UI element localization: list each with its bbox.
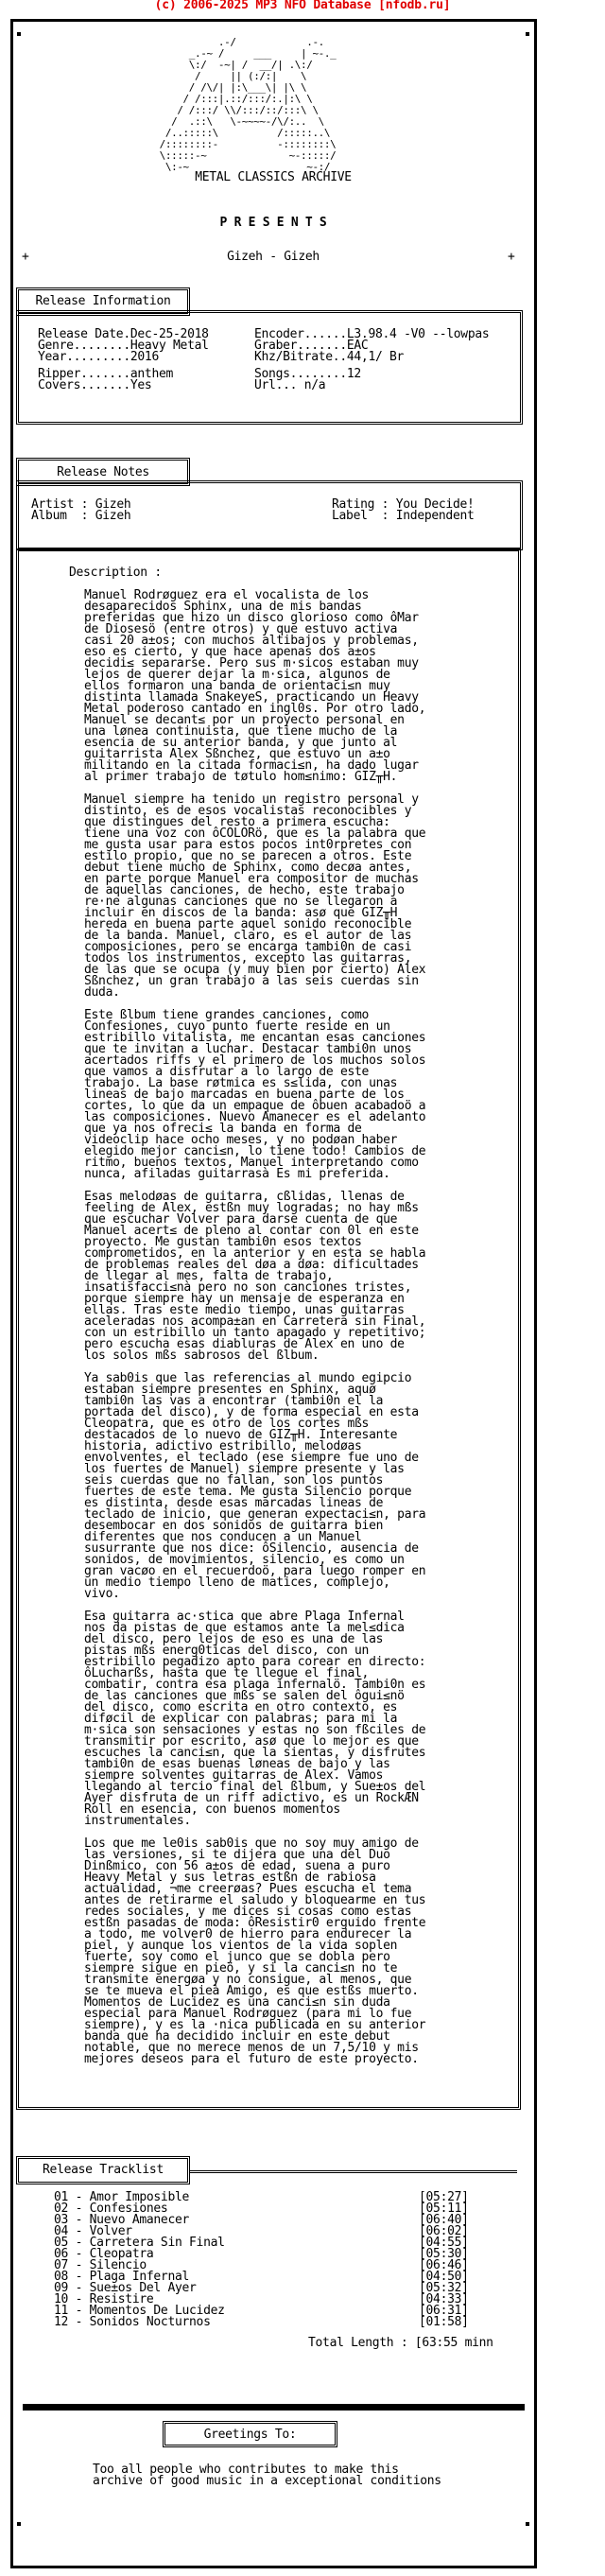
info-field: Year.........2016 (38, 352, 209, 363)
info-field-value: 2016 (130, 350, 159, 364)
info-field-label: Year......... (38, 350, 130, 364)
info-field-label: Url... (254, 378, 297, 392)
description-heading: Description : (69, 567, 162, 579)
track-row: 12 - Sonidos Nocturnos[01:58] (54, 2317, 489, 2328)
release-title: Gizeh - Gizeh (0, 252, 546, 263)
group-name: METAL CLASSICS ARCHIVE (0, 172, 546, 183)
track-list: 01 - Amor Imposible[05:27]02 - Confesion… (54, 2192, 489, 2328)
total-length: Total Length : [63:55 minn (308, 2338, 493, 2349)
description-paragraph: Este ßlbum tiene grandes canciones, como… (84, 1010, 425, 1180)
description-paragraph: Ya sab0is que las referencias al mundo e… (84, 1373, 425, 1600)
track-separator: - (68, 2315, 90, 2329)
corner-mark-bottom-right (526, 2522, 529, 2526)
description-paragraph: Los que me le0is sab0is que no soy muy a… (84, 1838, 425, 2065)
tab-label: Release Tracklist (19, 2165, 187, 2176)
info-field: Url... n/a (254, 380, 489, 392)
presents-heading: P R E S E N T S (0, 218, 546, 229)
album-line: Album : Gizeh (31, 511, 130, 522)
description-paragraph: Manuel Rodrøguez era el vocalista de los… (84, 590, 425, 783)
corner-mark-top-left (17, 32, 21, 36)
tab-label: Release Information (19, 296, 187, 307)
corner-mark-bottom-left (17, 2522, 21, 2526)
tracklist-divider (189, 2170, 517, 2173)
corner-mark-top-right (526, 32, 529, 36)
description-body: Manuel Rodrøguez era el vocalista de los… (84, 590, 425, 2077)
release-info-right-column: Encoder......L3.98.4 -V0 --lowpasGraber.… (254, 329, 489, 392)
greetings-text: Too all people who contributes to make t… (93, 2464, 441, 2487)
greetings-heading: Greetings To: (165, 2429, 335, 2441)
track-length: [01:58] (419, 2317, 469, 2328)
ascii-logo: .-/ .-. _.-~ / ___ | ~-._ \:/ -~| / __/|… (142, 37, 388, 173)
info-field-label: Khz/Bitrate.. (254, 350, 347, 364)
track-number: 12 (54, 2315, 68, 2329)
info-field: Khz/Bitrate..44,1/ Br (254, 352, 489, 363)
greetings-heading-box: Greetings To: (163, 2421, 337, 2447)
tab-label: Release Notes (19, 467, 187, 479)
description-paragraph: Manuel siempre ha tenido un registro per… (84, 794, 425, 999)
info-field-value: 12 (347, 367, 361, 381)
description-paragraph: Esas melodøas de guitarra, cßlidas, llen… (84, 1192, 425, 1362)
section-separator-bar (23, 2404, 525, 2411)
track-title: Sonidos Nocturnos (90, 2315, 211, 2329)
info-field: Covers.......Yes (38, 380, 209, 392)
info-field-value: n/a (297, 378, 325, 392)
info-field-label: Covers....... (38, 378, 130, 392)
tab-release-tracklist: Release Tracklist (16, 2156, 190, 2184)
info-field-value: 44,1/ Br (347, 350, 404, 364)
release-info-left-column: Release Date.Dec-25-2018Genre........Hea… (38, 329, 209, 392)
copyright-notice: (c) 2006-2025 MP3 NFO Database [nfodb.ru… (0, 0, 605, 11)
description-paragraph: Esa guitarra ac·stica que abre Plaga Inf… (84, 1611, 425, 1827)
info-field-value: Yes (130, 378, 152, 392)
label-line: Label : Independent (332, 511, 475, 522)
